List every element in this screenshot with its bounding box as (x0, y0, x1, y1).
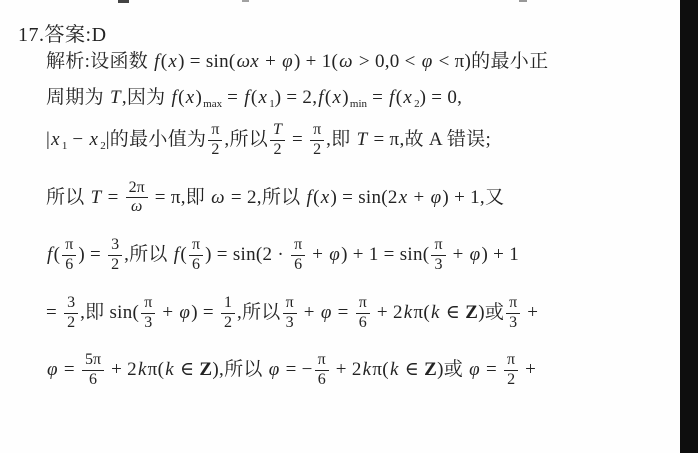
set-symbol: Z (199, 359, 212, 380)
math-variable: ω (338, 51, 354, 72)
fraction-numerator: π (504, 352, 518, 371)
math-variable: φ (328, 244, 341, 265)
solution-line-1: 解析:设函数 f(x) = sin(ωx + φ) + 1(ω > 0,0 < … (46, 50, 666, 75)
fraction-denominator: 6 (189, 256, 203, 274)
math-variable: T (90, 187, 103, 208)
math-variable: T (109, 87, 122, 108)
fraction-numerator: π (315, 352, 329, 371)
math-variable: f (243, 87, 251, 108)
text-run: < π)的最小正 (434, 51, 549, 72)
fraction-denominator: 2 (270, 141, 285, 159)
text-run: = (333, 302, 354, 323)
fraction-denominator: 6 (315, 371, 329, 389)
solution-line-7: φ = 5π6 + 2kπ(k ∈ Z),所以 φ = −π6 + 2kπ(k … (46, 352, 666, 389)
math-variable: f (317, 87, 325, 108)
math-variable: x (88, 129, 99, 150)
set-symbol: Z (465, 302, 478, 323)
text-run: = (481, 359, 502, 380)
fraction-numerator: π (431, 237, 445, 256)
text-run: ) + 1 (481, 244, 519, 265)
scan-artifact (519, 0, 527, 2)
text-run: ) + 1 = sin( (341, 244, 429, 265)
subscript: min (349, 98, 367, 110)
fraction: π6 (315, 352, 329, 389)
text-run: + (448, 244, 469, 265)
fraction-numerator: 1 (221, 295, 235, 314)
text-run: ) (342, 87, 349, 108)
text-run: + (520, 359, 536, 380)
text-run: ,所以 (237, 302, 281, 323)
solution-line-5: f(π6) = 32,所以 f(π6) = sin(2 · π6 + φ) + … (46, 237, 666, 274)
fraction: 5π6 (82, 352, 104, 389)
text-run: ,即 sin( (80, 302, 139, 323)
text-run: 解析:设函数 (46, 51, 153, 72)
fraction: 12 (221, 295, 235, 332)
math-variable: T (356, 129, 369, 150)
fraction-denominator: ω (126, 198, 148, 216)
fraction-denominator: 6 (62, 256, 76, 274)
math-variable: ω (210, 187, 226, 208)
math-variable: k (389, 359, 400, 380)
fraction-numerator: π (208, 122, 222, 141)
fraction: π6 (291, 237, 305, 274)
fraction-numerator: 2π (126, 180, 148, 199)
fraction: π3 (506, 295, 520, 332)
text-run: ( (178, 87, 185, 108)
text-run: ) = sin(2 · (205, 244, 289, 265)
scan-artifact (242, 0, 249, 2)
fraction: π3 (141, 295, 155, 332)
fraction-denominator: 2 (221, 314, 235, 332)
text-run: = (103, 187, 124, 208)
math-variable: f (306, 187, 314, 208)
text-run: ,所以 (224, 129, 268, 150)
text-run: = − (281, 359, 313, 380)
text-run: ,因为 (122, 87, 171, 108)
math-variable: φ (46, 359, 59, 380)
text-run: ) + 1,又 (442, 187, 504, 208)
fraction: 2πω (126, 180, 148, 217)
math-variable: x (185, 87, 196, 108)
problem-number: 17. (18, 24, 45, 46)
solution-line-6: = 32,即 sin(π3 + φ) = 12,所以π3 + φ = π6 + … (46, 295, 666, 332)
solution-line-3: |x1 − x2|的最小值为π2,所以T2 = π2,即 T = π,故 A 错… (46, 122, 666, 159)
text-run: 周期为 (46, 87, 109, 108)
fraction-denominator: 2 (108, 256, 122, 274)
fraction-numerator: 5π (82, 352, 104, 371)
fraction-numerator: π (506, 295, 520, 314)
text-run: > 0,0 < (354, 51, 421, 72)
text-run: ) = sin( (178, 51, 235, 72)
math-variable: x (320, 187, 331, 208)
text-run: + 2 (372, 302, 403, 323)
math-variable: ωx (236, 51, 260, 72)
fraction: π2 (208, 122, 222, 159)
fraction-denominator: 3 (283, 314, 297, 332)
math-variable: f (171, 87, 179, 108)
text-run: ) + 1( (294, 51, 338, 72)
math-variable: f (388, 87, 396, 108)
math-variable: k (362, 359, 373, 380)
text-run: )或 (437, 359, 468, 380)
scan-edge-bar (680, 0, 698, 453)
text-run: ( (54, 244, 61, 265)
math-variable: x (398, 187, 409, 208)
text-run: |的最小值为 (106, 129, 207, 150)
math-variable: k (430, 302, 441, 323)
text-run: ∈ (175, 359, 199, 380)
fraction-denominator: 6 (356, 314, 370, 332)
fraction-denominator: 2 (504, 371, 518, 389)
text-run: π( (372, 359, 389, 380)
fraction: π6 (62, 237, 76, 274)
text-run: ) = (191, 302, 219, 323)
text-run: ( (180, 244, 187, 265)
fraction-numerator: π (283, 295, 297, 314)
math-variable: φ (320, 302, 333, 323)
math-variable: k (164, 359, 175, 380)
math-variable: φ (430, 187, 443, 208)
math-variable: x (167, 51, 178, 72)
fraction: 32 (64, 295, 78, 332)
text-run: ( (313, 187, 320, 208)
text-run: − (67, 129, 88, 150)
text-run: = (287, 129, 308, 150)
math-variable: x (332, 87, 343, 108)
answer-label: 答案: (45, 24, 92, 46)
text-run: ,所以 (124, 244, 173, 265)
scan-artifact (118, 0, 129, 3)
fraction-numerator: T (270, 122, 285, 141)
fraction: π3 (283, 295, 297, 332)
text-run: 所以 (46, 187, 90, 208)
text-run: + (299, 302, 320, 323)
math-variable: k (403, 302, 414, 323)
fraction: π2 (310, 122, 324, 159)
text-run: ),所以 (212, 359, 267, 380)
fraction-numerator: 3 (108, 237, 122, 256)
fraction-denominator: 2 (208, 141, 222, 159)
math-variable: φ (468, 359, 481, 380)
text-run: ,即 (326, 129, 355, 150)
text-run: + (522, 302, 538, 323)
fraction: 32 (108, 237, 122, 274)
fraction-denominator: 3 (506, 314, 520, 332)
fraction-numerator: π (291, 237, 305, 256)
math-variable: x (257, 87, 268, 108)
text-run: )或 (478, 302, 504, 323)
solution-lines: 解析:设函数 f(x) = sin(ωx + φ) + 1(ω > 0,0 < … (46, 50, 666, 410)
math-variable: φ (281, 51, 294, 72)
fraction: π6 (356, 295, 370, 332)
text-run: ) = sin(2 (330, 187, 397, 208)
text-run: + 2 (331, 359, 362, 380)
fraction: π2 (504, 352, 518, 389)
math-variable: φ (178, 302, 191, 323)
fraction-numerator: π (141, 295, 155, 314)
subscript: max (202, 98, 222, 110)
text-run: = π,故 A 错误; (368, 129, 491, 150)
text-run: ∈ (400, 359, 424, 380)
text-run: + (260, 51, 281, 72)
scanned-page: 17.答案:D 解析:设函数 f(x) = sin(ωx + φ) + 1(ω … (0, 0, 698, 453)
math-variable: f (46, 244, 54, 265)
text-run: ) = 2, (275, 87, 318, 108)
math-variable: φ (469, 244, 482, 265)
text-run: ( (325, 87, 332, 108)
text-run: + 2 (106, 359, 137, 380)
fraction-denominator: 3 (141, 314, 155, 332)
fraction-numerator: π (310, 122, 324, 141)
fraction-denominator: 2 (64, 314, 78, 332)
fraction-numerator: π (62, 237, 76, 256)
math-variable: f (153, 51, 161, 72)
text-run: ∈ (441, 302, 465, 323)
text-run: = 2,所以 (226, 187, 306, 208)
set-symbol: Z (424, 359, 437, 380)
math-variable: φ (421, 51, 434, 72)
fraction-denominator: 6 (82, 371, 104, 389)
text-run: = (222, 87, 243, 108)
text-run: = (367, 87, 388, 108)
text-run: + (157, 302, 178, 323)
fraction-denominator: 3 (431, 256, 445, 274)
answer-value: D (92, 24, 107, 46)
math-variable: k (137, 359, 148, 380)
text-run: ) = 0, (420, 87, 463, 108)
text-run: π( (413, 302, 430, 323)
math-variable: φ (268, 359, 281, 380)
text-run: π( (148, 359, 165, 380)
math-variable: x (50, 129, 61, 150)
fraction: π6 (189, 237, 203, 274)
solution-line-4: 所以 T = 2πω = π,即 ω = 2,所以 f(x) = sin(2x … (46, 180, 666, 217)
fraction-numerator: π (356, 295, 370, 314)
fraction: T2 (270, 122, 285, 159)
text-run: + (408, 187, 429, 208)
fraction: π3 (431, 237, 445, 274)
text-run: = π,即 (150, 187, 210, 208)
text-run: = (46, 302, 62, 323)
solution-line-2: 周期为 T,因为 f(x)max = f(x1) = 2,f(x)min = f… (46, 86, 666, 111)
fraction-numerator: π (189, 237, 203, 256)
fraction-denominator: 6 (291, 256, 305, 274)
fraction-numerator: 3 (64, 295, 78, 314)
text-run: = (59, 359, 80, 380)
text-run: + (307, 244, 328, 265)
math-variable: x (402, 87, 413, 108)
text-run: ) = (78, 244, 106, 265)
answer-line: 17.答案:D (18, 18, 107, 47)
fraction-denominator: 2 (310, 141, 324, 159)
